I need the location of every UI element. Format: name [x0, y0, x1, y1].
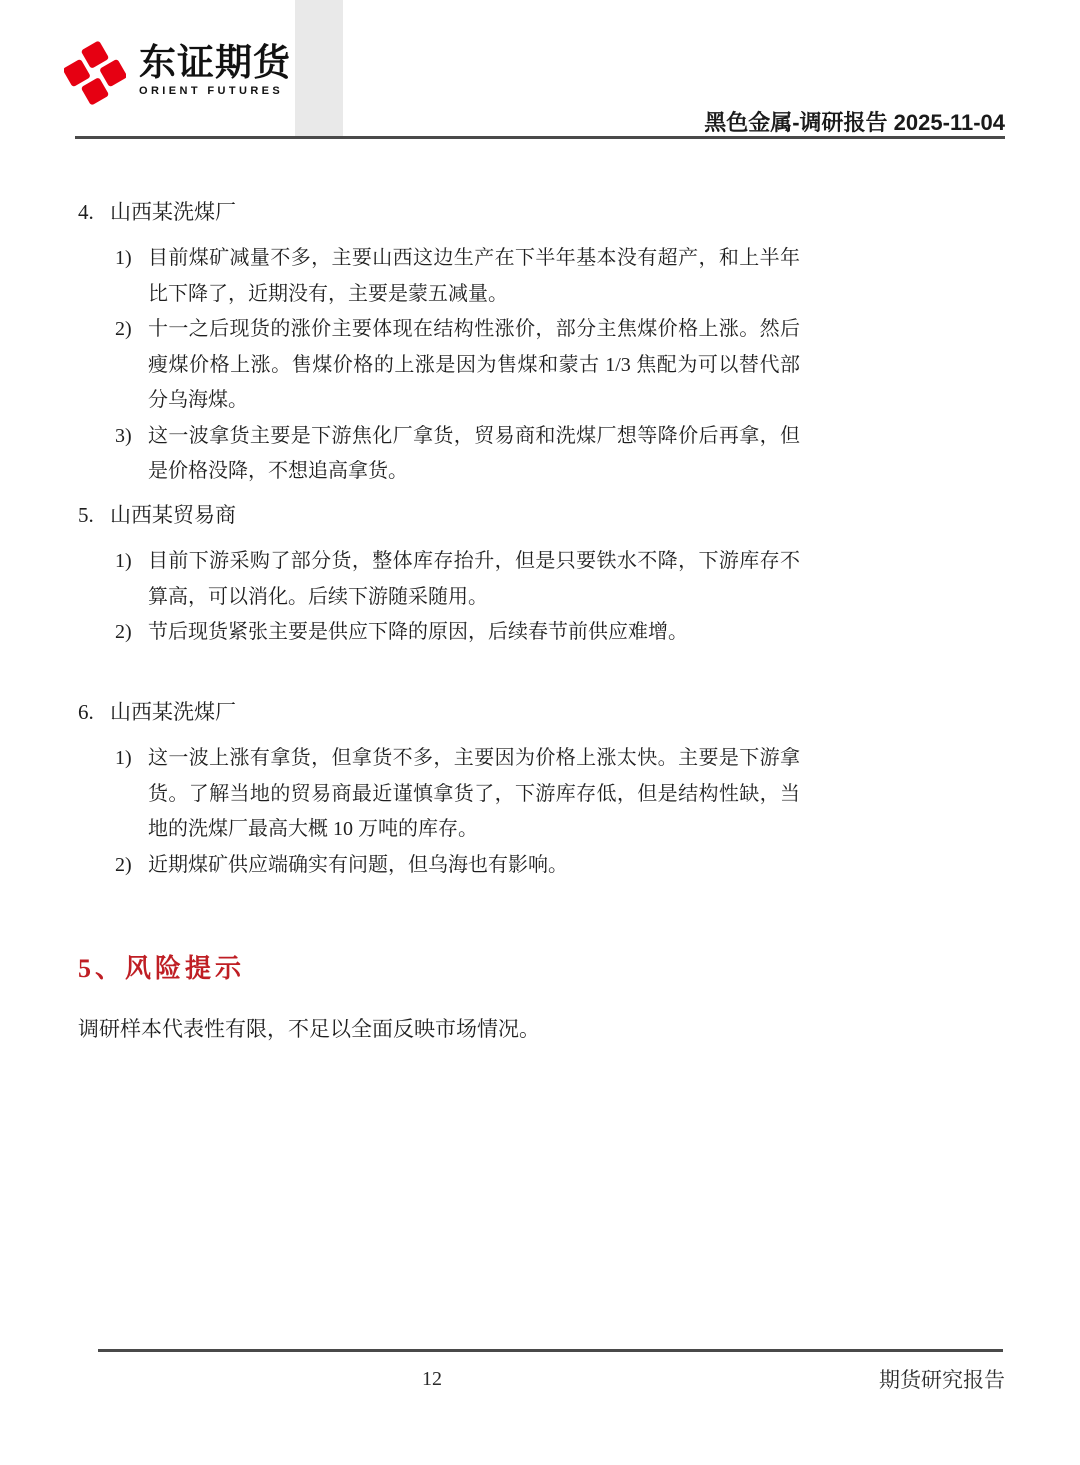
section-number: 4.: [78, 197, 110, 227]
list-item: 1) 目前下游采购了部分货，整体库存抬升，但是只要铁水不降，下游库存不算高，可以…: [78, 544, 800, 615]
section-number: 6.: [78, 697, 110, 727]
list-item: 1) 这一波上涨有拿货，但拿货不多，主要因为价格上涨太快。主要是下游拿货。了解当…: [78, 741, 800, 848]
header-gray-bar: [295, 0, 343, 137]
list-item: 3) 这一波拿货主要是下游焦化厂拿货，贸易商和洗煤厂想等降价后再拿，但是价格没降…: [78, 419, 800, 490]
section-5: 5. 山西某贸易商 1) 目前下游采购了部分货，整体库存抬升，但是只要铁水不降，…: [78, 500, 800, 651]
list-item: 2) 十一之后现货的涨价主要体现在结构性涨价，部分主焦煤价格上涨。然后瘦煤价格上…: [78, 312, 800, 419]
footer-divider: [98, 1349, 1003, 1352]
section-6: 6. 山西某洗煤厂 1) 这一波上涨有拿货，但拿货不多，主要因为价格上涨太快。主…: [78, 697, 800, 883]
item-text: 目前煤矿减量不多，主要山西这边生产在下半年基本没有超产，和上半年比下降了，近期没…: [148, 241, 800, 312]
list-item: 2) 近期煤矿供应端确实有问题，但乌海也有影响。: [78, 848, 800, 884]
list-item: 2) 节后现货紧张主要是供应下降的原因，后续春节前供应难增。: [78, 615, 800, 651]
footer-report-type: 期货研究报告: [879, 1364, 1005, 1394]
logo-chinese-name: 东证期货: [139, 42, 291, 83]
list-item: 1) 目前煤矿减量不多，主要山西这边生产在下半年基本没有超产，和上半年比下降了，…: [78, 241, 800, 312]
page-number: 12: [392, 1368, 472, 1391]
logo-english-name: ORIENT FUTURES: [139, 85, 291, 97]
section-title-text: 山西某贸易商: [110, 500, 236, 530]
item-number: 3): [115, 419, 148, 490]
item-text: 十一之后现货的涨价主要体现在结构性涨价，部分主焦煤价格上涨。然后瘦煤价格上涨。售…: [148, 312, 800, 419]
report-page: 东证期货 ORIENT FUTURES 黑色金属-调研报告 2025-11-04…: [0, 0, 1080, 1465]
section-5-title: 5. 山西某贸易商: [78, 500, 800, 530]
item-text: 目前下游采购了部分货，整体库存抬升，但是只要铁水不降，下游库存不算高，可以消化。…: [148, 544, 800, 615]
item-number: 1): [115, 241, 148, 312]
item-number: 1): [115, 741, 148, 848]
item-number: 2): [115, 848, 148, 884]
section-title-text: 山西某洗煤厂: [110, 197, 236, 227]
item-number: 2): [115, 312, 148, 419]
item-text: 近期煤矿供应端确实有问题，但乌海也有影响。: [148, 848, 800, 884]
risk-section-heading: 5、风险提示: [78, 953, 245, 985]
item-number: 1): [115, 544, 148, 615]
orient-futures-logo: 东证期货 ORIENT FUTURES: [64, 40, 291, 106]
section-title-text: 山西某洗煤厂: [110, 697, 236, 727]
section-6-title: 6. 山西某洗煤厂: [78, 697, 800, 727]
report-category-date: 黑色金属-调研报告 2025-11-04: [704, 106, 1005, 137]
item-number: 2): [115, 615, 148, 651]
risk-section-text: 调研样本代表性有限，不足以全面反映市场情况。: [78, 1012, 800, 1046]
section-4-title: 4. 山西某洗煤厂: [78, 197, 800, 227]
item-text: 这一波上涨有拿货，但拿货不多，主要因为价格上涨太快。主要是下游拿货。了解当地的贸…: [148, 741, 800, 848]
section-number: 5.: [78, 500, 110, 530]
header-divider: [75, 136, 1005, 139]
section-4: 4. 山西某洗煤厂 1) 目前煤矿减量不多，主要山西这边生产在下半年基本没有超产…: [78, 197, 800, 490]
item-text: 这一波拿货主要是下游焦化厂拿货，贸易商和洗煤厂想等降价后再拿，但是价格没降，不想…: [148, 419, 800, 490]
orient-futures-logo-icon: [64, 40, 126, 106]
item-text: 节后现货紧张主要是供应下降的原因，后续春节前供应难增。: [148, 615, 800, 651]
